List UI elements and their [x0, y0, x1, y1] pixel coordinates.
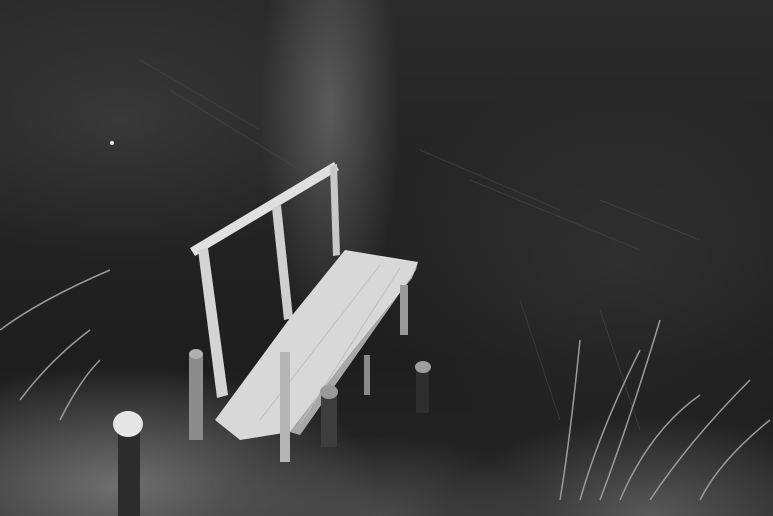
photograph: A small wooden jetty with a single handr… — [0, 0, 773, 516]
jetty-deck — [215, 250, 418, 440]
jetty-scene — [0, 0, 773, 516]
light-speck — [110, 141, 114, 145]
